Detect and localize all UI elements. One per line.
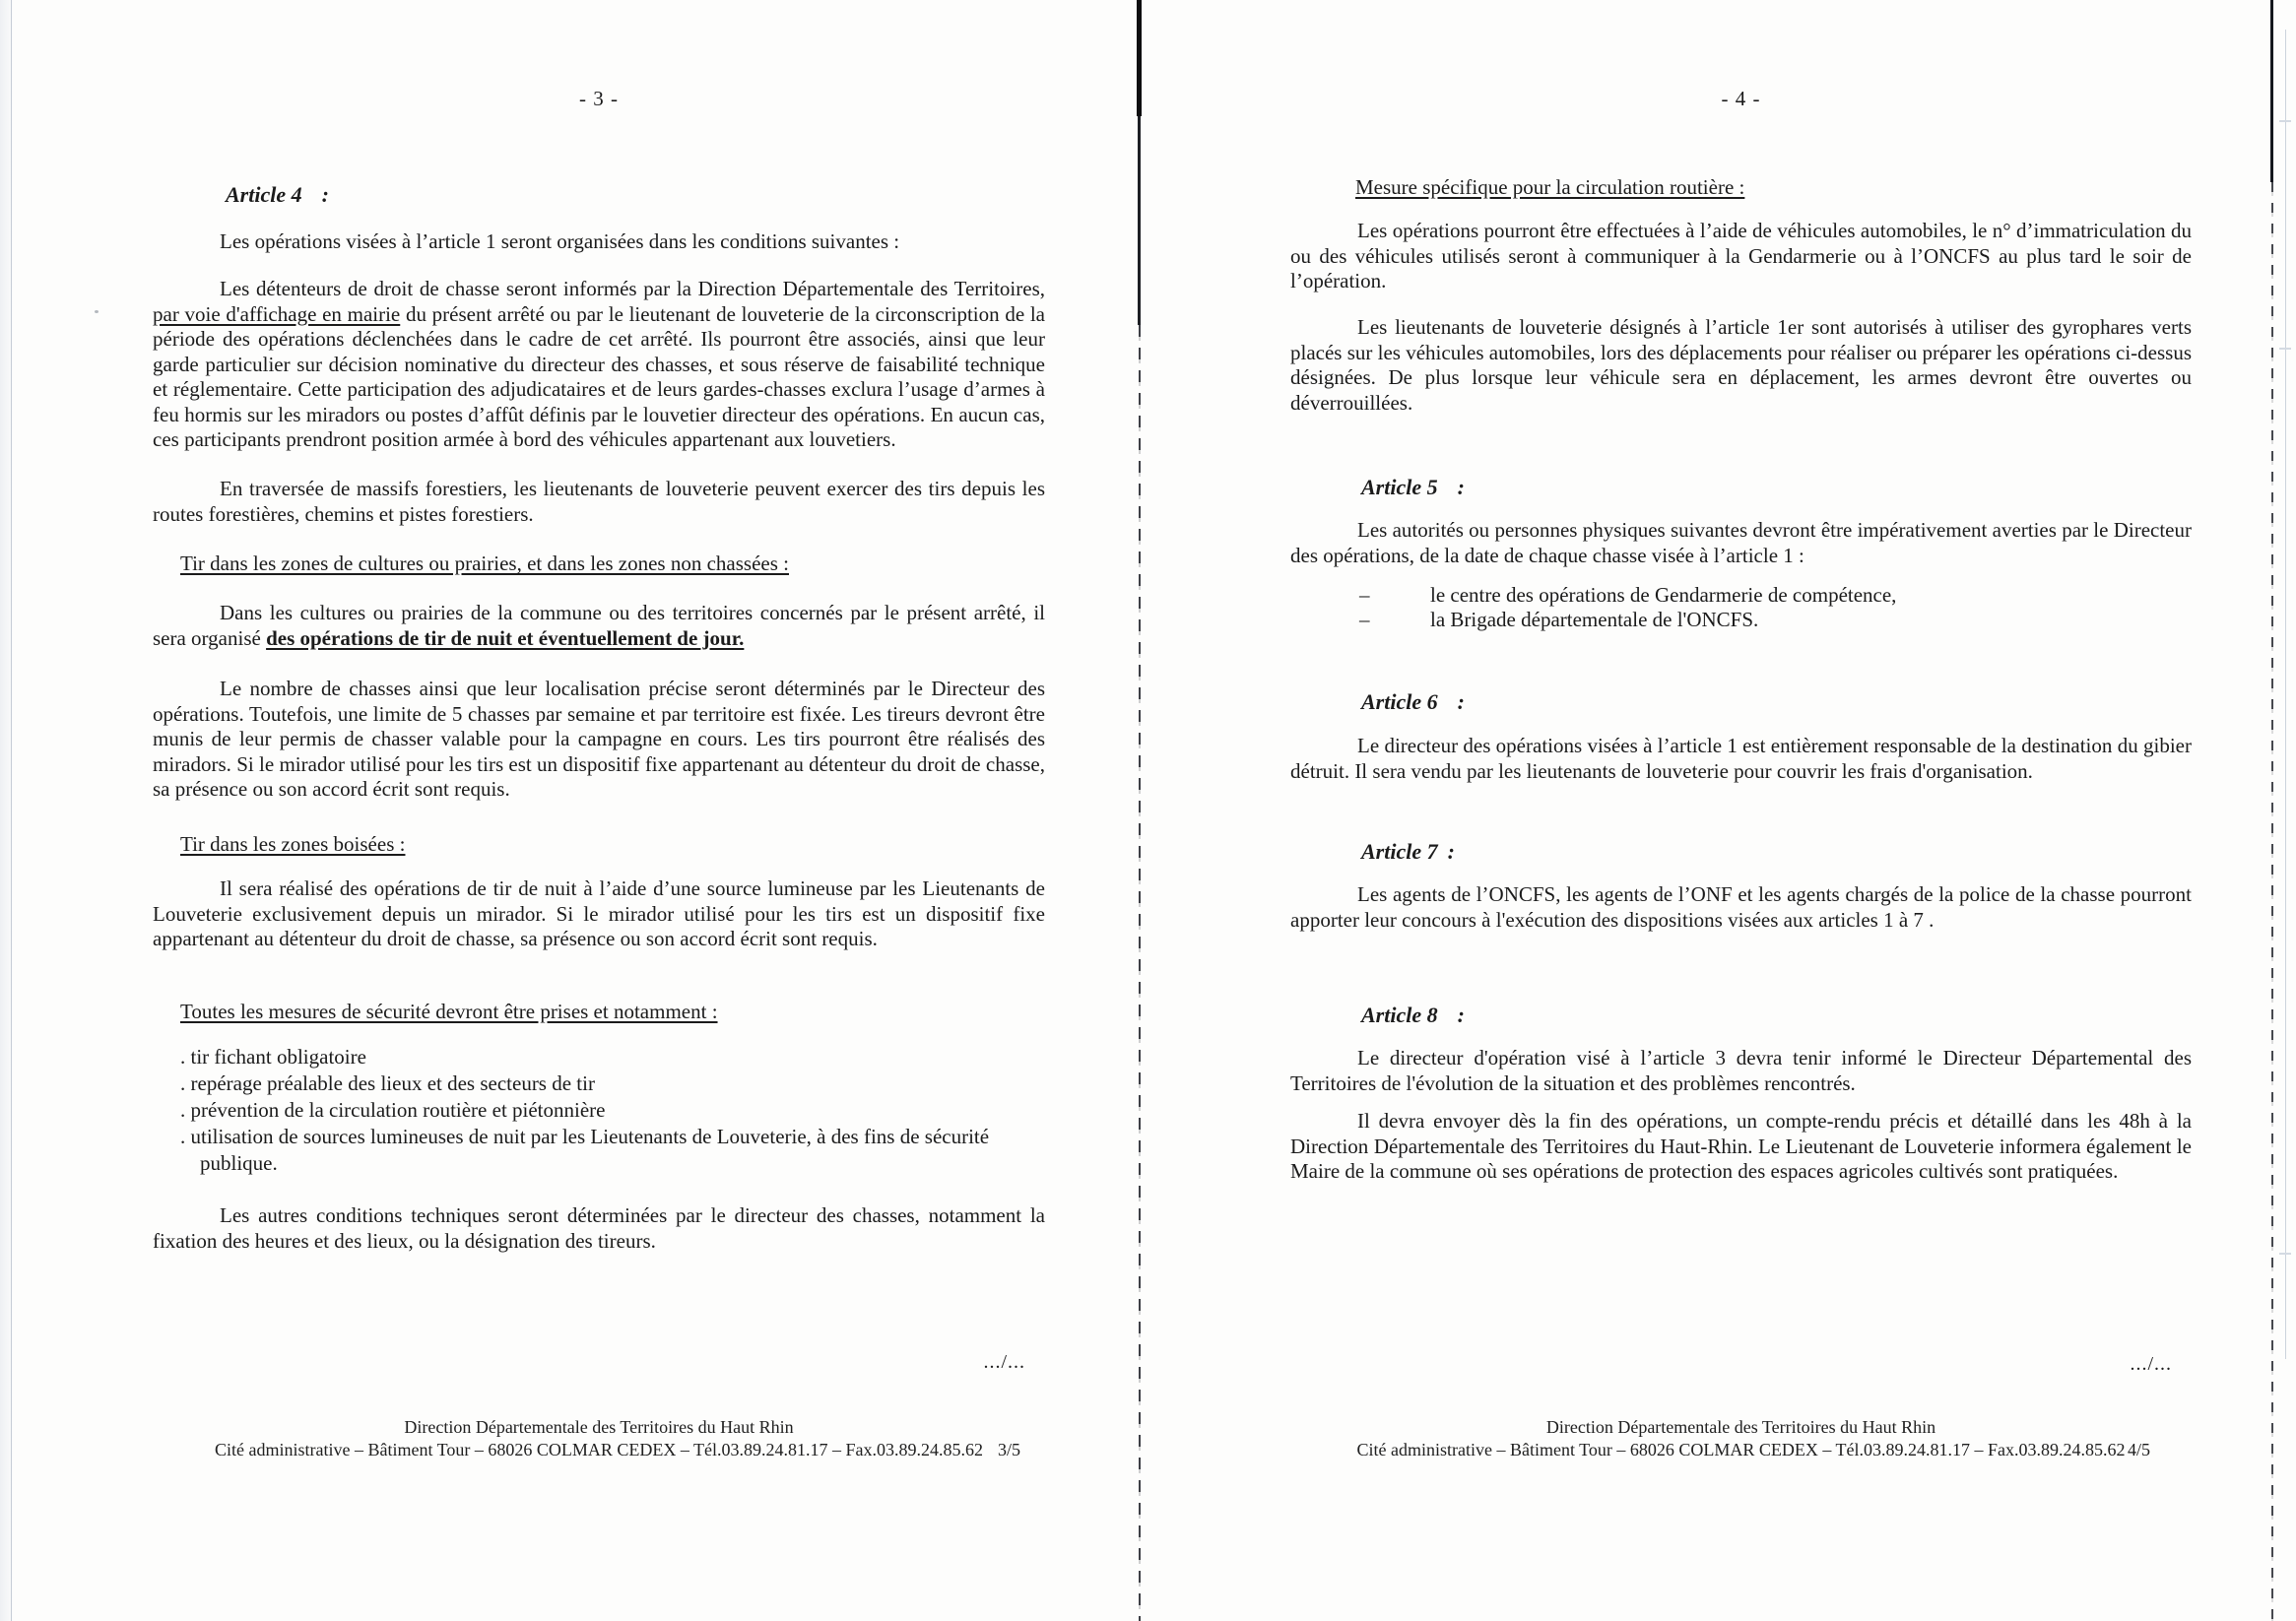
paragraph-tenir-informe: Le directeur d'opération visé à l’articl…: [1290, 1046, 2192, 1096]
page-divider-line: [1139, 325, 1141, 1621]
article-label: Article 4: [226, 182, 302, 207]
footer-address-line: Cité administrative – Bâtiment Tour – 68…: [1290, 1439, 2192, 1461]
article-8-heading: Article 8:: [1361, 1003, 2179, 1027]
article-colon: :: [1458, 689, 1465, 714]
dash-list-item-text: la Brigade départementale de l'ONCFS.: [1430, 608, 2179, 633]
underlined-phrase: par voie d'affichage en mairie: [153, 302, 400, 326]
paragraph-nombre-chasses: Le nombre de chasses ainsi que leur loca…: [153, 677, 1045, 803]
article-colon: :: [1458, 1003, 1465, 1027]
footer-org-line: Direction Départementale des Territoires…: [1290, 1416, 2192, 1439]
scanned-document: - 3 - Article 4: Les opérations visées à…: [0, 0, 2296, 1621]
page-number: - 3 -: [153, 87, 1045, 111]
page-3: - 3 - Article 4: Les opérations visées à…: [153, 0, 1045, 1621]
article-colon: :: [1448, 839, 1455, 864]
heading-mesures-securite: Toutes les mesures de sécurité devront ê…: [180, 1000, 1027, 1025]
page-4: - 4 - Mesure spécifique pour la circulat…: [1290, 0, 2192, 1621]
security-measures-list: . tir fichant obligatoire . repérage pré…: [180, 1044, 1029, 1177]
article-7-heading: Article 7:: [1361, 839, 2179, 864]
dash-list-item: –: [1359, 583, 1370, 609]
scan-tick-mark: [2279, 120, 2291, 122]
left-scan-edge-line: [11, 0, 12, 1621]
scan-tick-mark: [2279, 348, 2291, 350]
dash-bullet: –: [1359, 608, 1370, 631]
continuation-mark: .../...: [1290, 1353, 2192, 1376]
article-label: Article 6: [1361, 689, 1438, 714]
paragraph-traversee: En traversée de massifs forestiers, les …: [153, 477, 1045, 527]
right-scan-edge-line: [2270, 0, 2273, 182]
article-label: Article 5: [1361, 475, 1438, 499]
page-indicator: 3/5: [998, 1439, 1045, 1461]
paragraph-vehicules: Les opérations pourront être effectuées …: [1290, 219, 2192, 294]
paragraph-autorites: Les autorités ou personnes physiques sui…: [1290, 518, 2192, 568]
article-label: Article 8: [1361, 1003, 1438, 1027]
paragraph-cultures: Dans les cultures ou prairies de la comm…: [153, 601, 1045, 651]
paragraph-directeur-operations: Le directeur des opérations visées à l’a…: [1290, 734, 2192, 784]
list-item: . prévention de la circulation routière …: [180, 1097, 1029, 1124]
footer-org-line: Direction Départementale des Territoires…: [153, 1416, 1045, 1439]
dash-bullet: –: [1359, 583, 1370, 607]
article-6-heading: Article 6:: [1361, 689, 2179, 714]
bold-underlined-phrase: des opérations de tir de nuit et éventue…: [266, 626, 744, 650]
paragraph-autres-conditions: Les autres conditions techniques seront …: [153, 1203, 1045, 1254]
list-item: . repérage préalable des lieux et des se…: [180, 1070, 1029, 1097]
paragraph-intro: Les opérations visées à l’article 1 sero…: [153, 229, 1045, 255]
page-number: - 4 -: [1290, 87, 2192, 111]
paragraph-segment: Les détenteurs de droit de chasse seront…: [220, 277, 1045, 300]
heading-tir-zones-cultures: Tir dans les zones de cultures ou prairi…: [180, 551, 1027, 577]
paragraph-detenteurs: Les détenteurs de droit de chasse seront…: [153, 277, 1045, 453]
paragraph-agents: Les agents de l’ONCFS, les agents de l’O…: [1290, 882, 2192, 933]
scan-tick-mark: [2279, 1253, 2291, 1255]
page-indicator: 4/5: [2128, 1439, 2175, 1461]
article-colon: :: [1458, 475, 1465, 499]
page-divider-line: [1138, 116, 1141, 325]
right-faint-line: [2285, 30, 2286, 1359]
dash-list-item-text: le centre des opérations de Gendarmerie …: [1430, 583, 2179, 609]
footer-address-line: Cité administrative – Bâtiment Tour – 68…: [153, 1439, 1045, 1461]
article-colon: :: [322, 182, 329, 207]
paragraph-boisees: Il sera réalisé des opérations de tir de…: [153, 876, 1045, 952]
heading-tir-zones-boisees: Tir dans les zones boisées :: [180, 832, 1027, 858]
article-label: Article 7: [1361, 839, 1438, 864]
page-divider-line: [1137, 0, 1142, 116]
list-item: . utilisation de sources lumineuses de n…: [180, 1124, 1029, 1177]
article-5-heading: Article 5:: [1361, 475, 2179, 499]
continuation-mark: .../...: [153, 1351, 1045, 1374]
paragraph-gyrophares: Les lieutenants de louveterie désignés à…: [1290, 315, 2192, 416]
heading-mesure-circulation: Mesure spécifique pour la circulation ro…: [1355, 175, 2183, 201]
right-scan-edge-line: [2271, 182, 2273, 1621]
paragraph-compte-rendu: Il devra envoyer dès la fin des opératio…: [1290, 1109, 2192, 1185]
dash-list-item: –: [1359, 608, 1370, 633]
list-item: . tir fichant obligatoire: [180, 1044, 1029, 1070]
scan-speck: [95, 310, 98, 313]
article-4-heading: Article 4:: [226, 182, 1043, 207]
